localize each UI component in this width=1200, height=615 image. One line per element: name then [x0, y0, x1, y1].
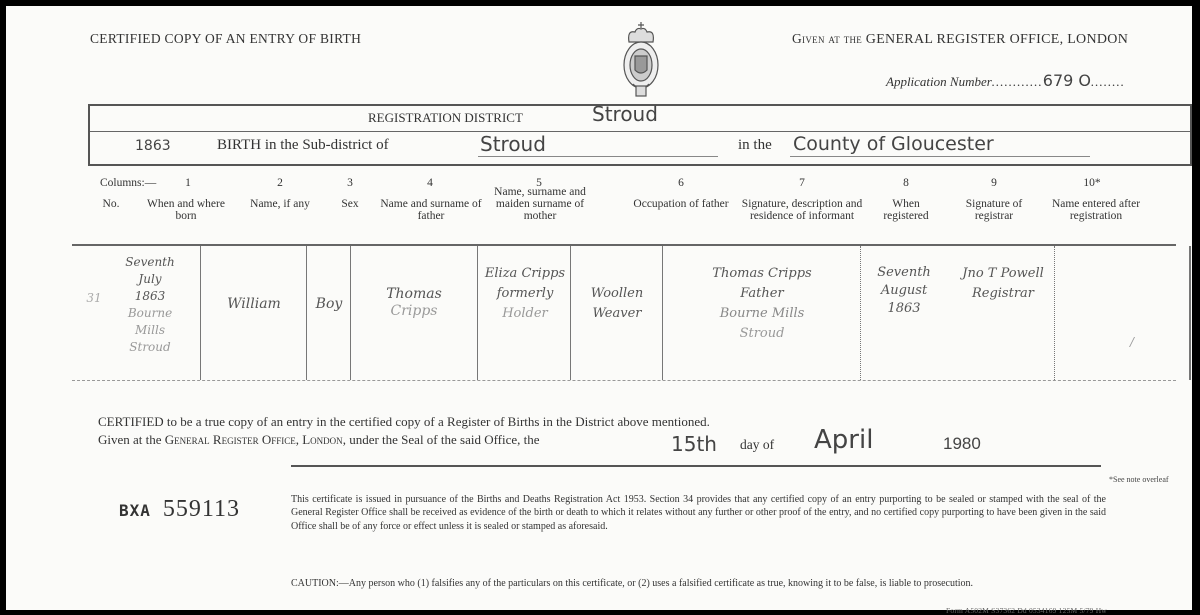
- subdistrict-value: Stroud: [480, 132, 546, 156]
- certified-day: 15th: [671, 432, 717, 456]
- registrar-name: Jno T Powell: [952, 264, 1054, 284]
- column-divider: [477, 246, 478, 380]
- column-number-3: 3: [330, 177, 370, 189]
- column-number-7: 7: [782, 177, 822, 189]
- column-divider: [1189, 246, 1191, 380]
- given-at-prefix: Given at the: [98, 432, 162, 447]
- column-number-4: 4: [410, 177, 450, 189]
- certification-line-1: CERTIFIED to be a true copy of an entry …: [98, 414, 710, 430]
- subdistrict-underline: [478, 156, 718, 157]
- entry-registrar: Jno T Powell Registrar: [952, 264, 1054, 304]
- occupation-line-1: Woollen: [572, 284, 662, 304]
- application-value: 679 O: [1043, 71, 1091, 90]
- dotted-leader: ............: [992, 74, 1043, 89]
- serial-prefix: BXA: [119, 501, 151, 520]
- certificate-serial: BXA559113: [119, 496, 240, 523]
- column-header-no: No.: [96, 198, 126, 210]
- dotted-leader: ........: [1091, 74, 1125, 89]
- entry-when-where-born: Seventh July 1863 Bourne Mills Stroud: [102, 254, 198, 356]
- registration-district-value: Stroud: [592, 102, 658, 126]
- column-header-name: Name, if any: [234, 198, 326, 210]
- birth-place-2: Mills: [102, 322, 198, 339]
- royal-crest-icon: [619, 20, 663, 100]
- column-number-9: 9: [974, 177, 1014, 189]
- mother-maiden-name: Holder: [480, 304, 570, 324]
- application-label: Application Number: [886, 74, 992, 89]
- birth-place-1: Bourne: [102, 305, 198, 322]
- column-header-name-after-registration: Name entered after registration: [1046, 198, 1146, 222]
- informant-description: Father: [664, 284, 860, 304]
- column-number-10: 10*: [1072, 177, 1112, 189]
- registered-year: 1863: [860, 300, 948, 318]
- column-header-sex: Sex: [330, 198, 370, 210]
- mother-formerly: formerly: [480, 284, 570, 304]
- entry-row: 31 Seventh July 1863 Bourne Mills Stroud…: [72, 244, 1176, 381]
- office-name: General Register Office, London: [165, 432, 343, 447]
- certification-line-2: Given at the General Register Office, Lo…: [98, 432, 540, 448]
- column-header-informant: Signature, description and residence of …: [736, 198, 868, 222]
- column-header-when-registered: When registered: [874, 198, 938, 222]
- father-surname: Cripps: [352, 303, 476, 320]
- informant-residence-2: Stroud: [664, 324, 860, 344]
- given-at-office: Given at the GENERAL REGISTER OFFICE, LO…: [792, 31, 1128, 48]
- subdistrict-label: BIRTH in the Sub-district of: [217, 137, 389, 154]
- column-divider: [350, 246, 351, 380]
- registration-district-label: REGISTRATION DISTRICT: [368, 110, 523, 126]
- registered-day: Seventh: [860, 264, 948, 282]
- column-number-1: 1: [168, 177, 208, 189]
- birth-year: 1863: [102, 288, 198, 305]
- column-number-2: 2: [260, 177, 300, 189]
- entry-informant: Thomas Cripps Father Bourne Mills Stroud: [664, 264, 860, 344]
- given-at-prefix: Given at the: [792, 31, 862, 46]
- county-label: in the: [738, 137, 772, 154]
- divider-rule: [291, 465, 1101, 467]
- column-header-when-where-born: When and where born: [144, 198, 228, 222]
- column-header-occupation: Occupation of father: [631, 198, 731, 210]
- informant-name: Thomas Cripps: [664, 264, 860, 284]
- column-header-registrar: Signature of registrar: [949, 198, 1039, 222]
- legal-notice: This certificate is issued in pursuance …: [291, 493, 1106, 533]
- entry-mother: Eliza Cripps formerly Holder: [480, 264, 570, 324]
- certificate-page: CERTIFIED COPY OF AN ENTRY OF BIRTH Give…: [6, 6, 1192, 610]
- caution-notice: CAUTION:—Any person who (1) falsifies an…: [291, 577, 1106, 590]
- columns-prefix: Columns:—: [100, 177, 156, 189]
- column-divider: [200, 246, 201, 380]
- county-underline: [790, 156, 1090, 157]
- birth-month: July: [102, 271, 198, 288]
- column-number-6: 6: [661, 177, 701, 189]
- entry-name: William: [202, 296, 306, 313]
- see-note-overleaf: *See note overleaf: [1109, 475, 1169, 484]
- column-header-father: Name and surname of father: [376, 198, 486, 222]
- application-number: Application Number............679 O.....…: [886, 71, 1125, 90]
- county-value: County of Gloucester: [793, 133, 994, 155]
- mother-name: Eliza Cripps: [480, 264, 570, 284]
- entry-name-after-registration: /: [1112, 334, 1152, 351]
- informant-residence-1: Bourne Mills: [664, 304, 860, 324]
- divider: [90, 131, 1190, 132]
- office-name: GENERAL REGISTER OFFICE, LONDON: [866, 32, 1128, 47]
- registrar-title: Registrar: [952, 284, 1054, 304]
- certified-month: April: [814, 425, 873, 455]
- entry-father: Thomas Cripps: [352, 286, 476, 320]
- occupation-line-2: Weaver: [572, 304, 662, 324]
- certified-year: 1980: [943, 434, 981, 454]
- entry-sex: Boy: [308, 296, 350, 313]
- birth-place-3: Stroud: [102, 339, 198, 356]
- serial-number: 559113: [163, 496, 240, 522]
- column-divider: [1054, 246, 1055, 380]
- registration-box: REGISTRATION DISTRICT Stroud 1863 BIRTH …: [88, 104, 1192, 166]
- registered-month: August: [860, 282, 948, 300]
- certificate-title: CERTIFIED COPY OF AN ENTRY OF BIRTH: [90, 31, 361, 47]
- registration-year: 1863: [135, 138, 171, 154]
- form-number: Form A502M S37362 Dd 0534169 125M 5/79 H…: [946, 606, 1107, 615]
- seal-text: , under the Seal of the said Office, the: [343, 432, 540, 447]
- entry-when-registered: Seventh August 1863: [860, 264, 948, 318]
- father-forename: Thomas: [352, 286, 476, 303]
- birth-day: Seventh: [102, 254, 198, 271]
- column-header-mother: Name, surname and maiden surname of moth…: [484, 186, 596, 222]
- column-divider: [306, 246, 307, 380]
- entry-occupation: Woollen Weaver: [572, 284, 662, 324]
- column-divider: [570, 246, 571, 380]
- column-divider: [662, 246, 663, 380]
- day-of-label: day of: [740, 437, 774, 453]
- column-number-8: 8: [886, 177, 926, 189]
